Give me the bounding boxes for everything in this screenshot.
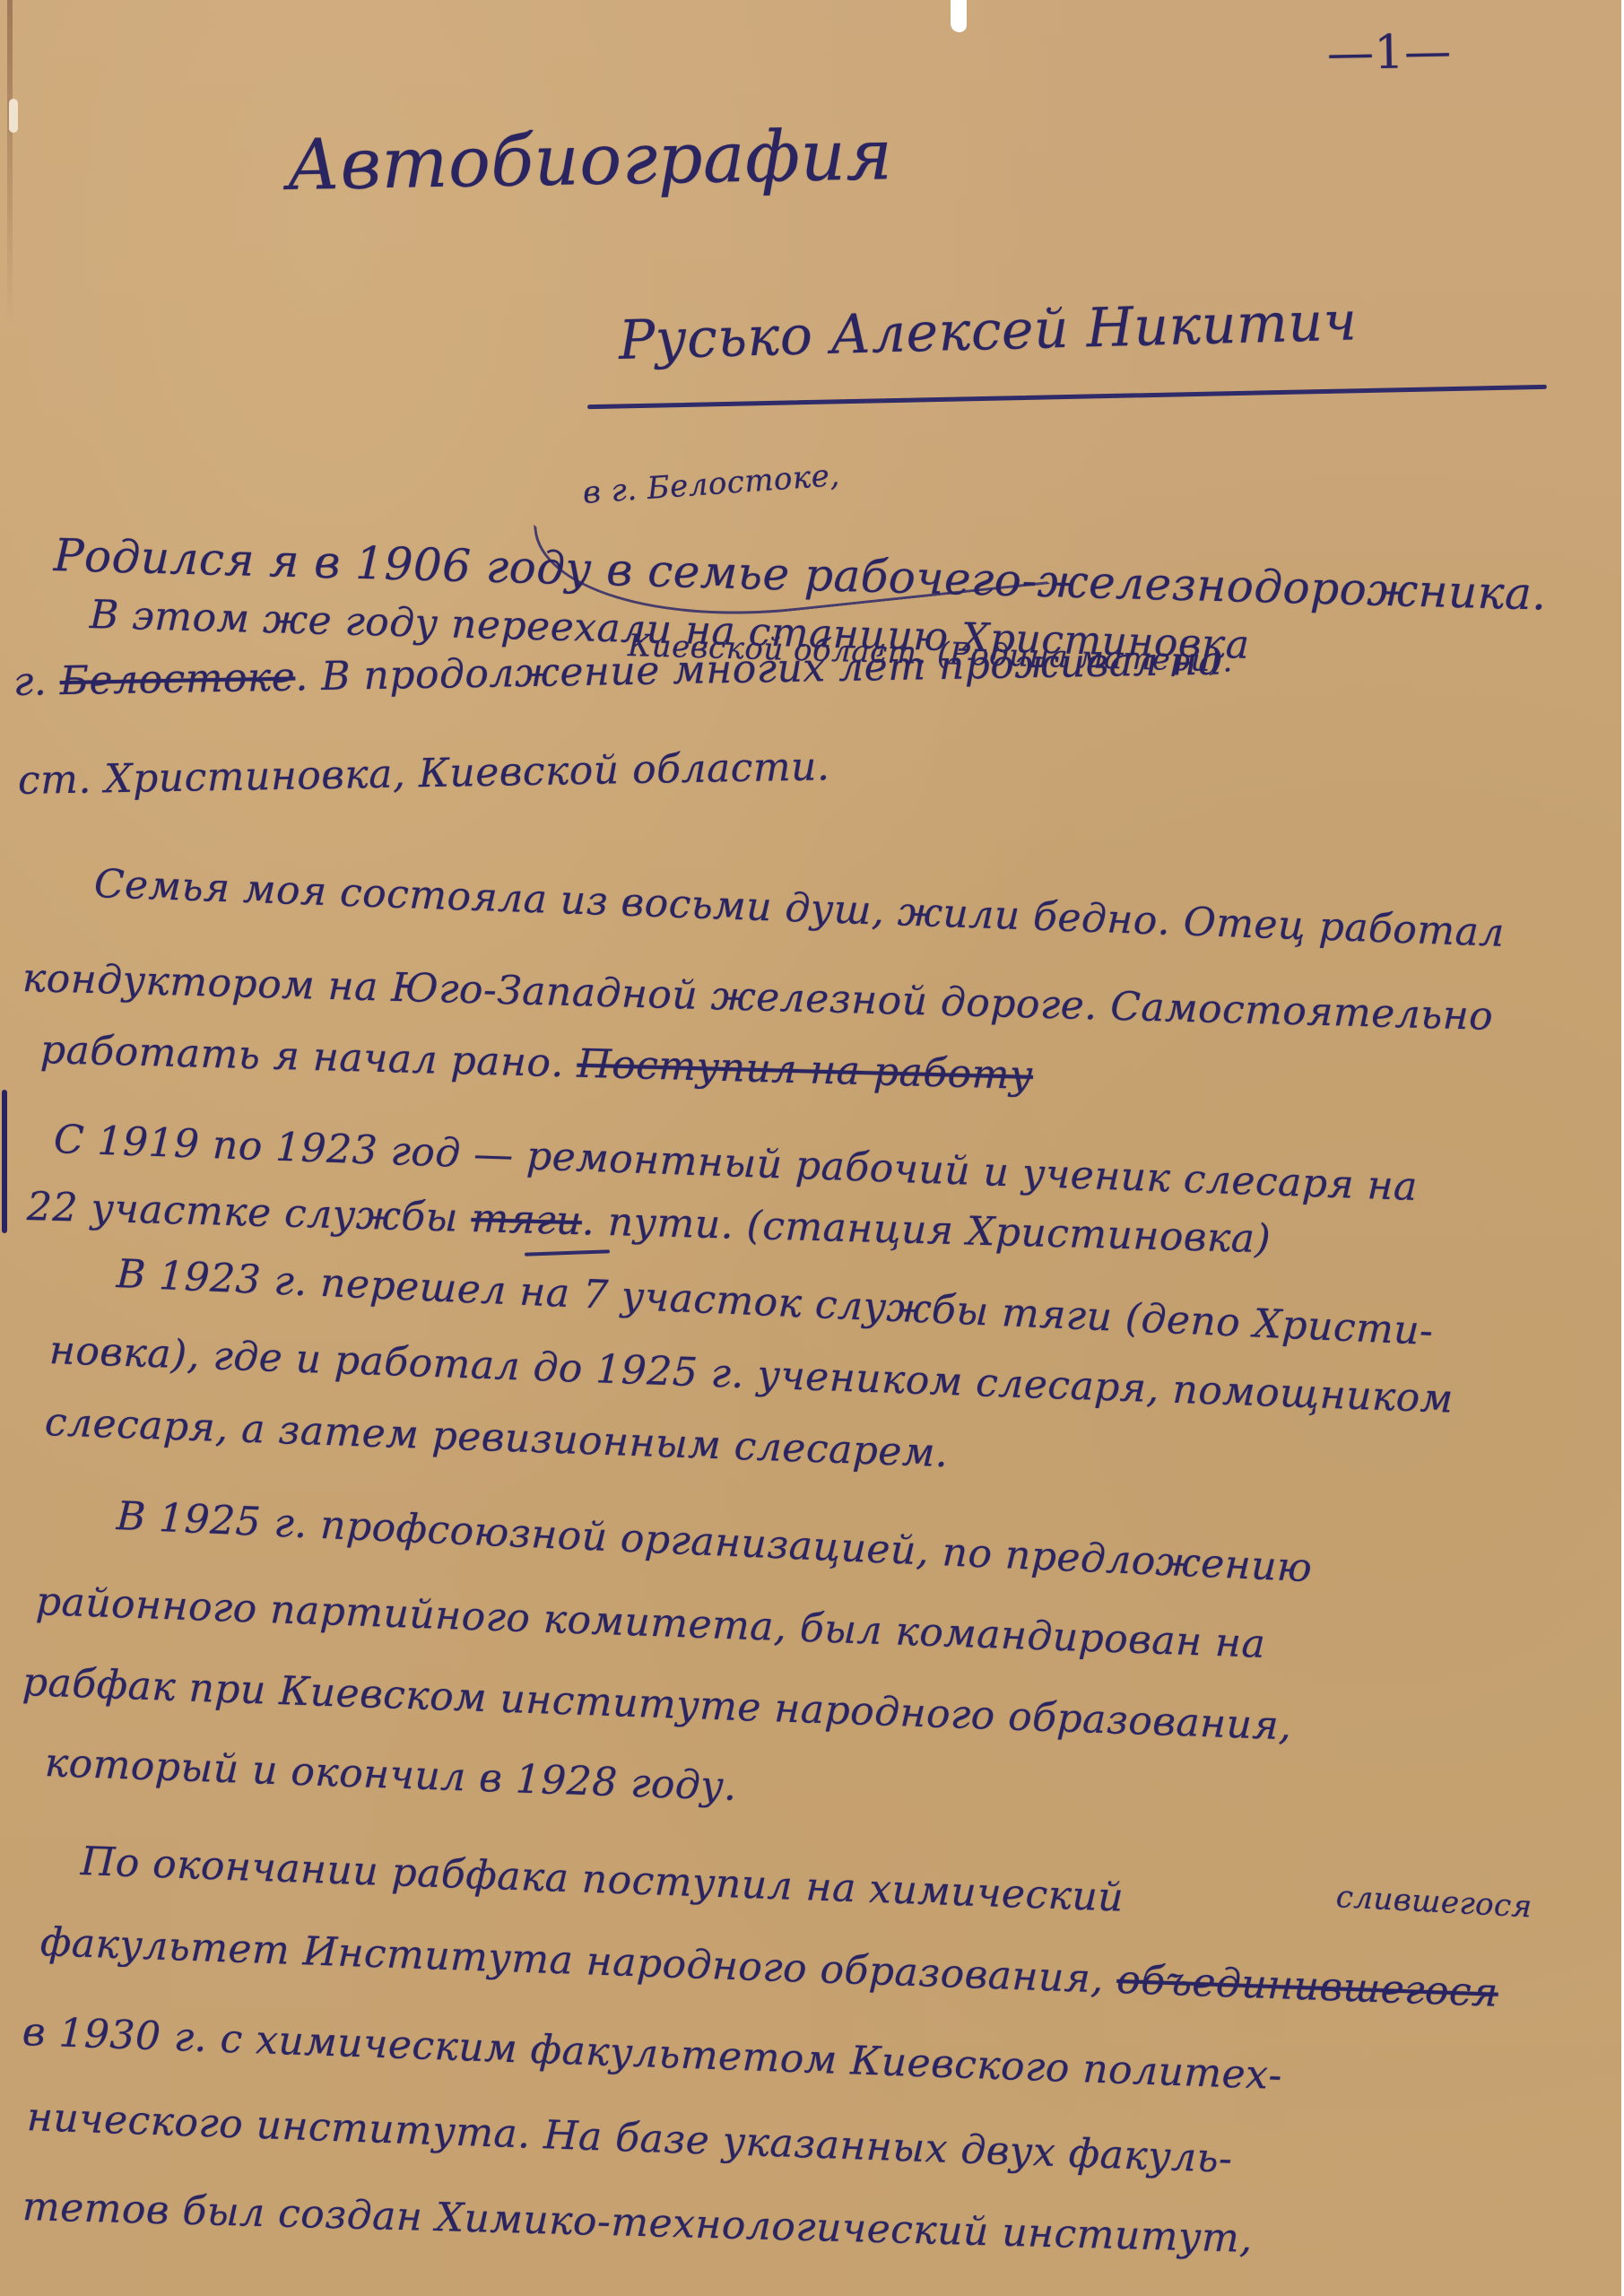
- text-line: По окончании рабфака поступил на химичес…: [80, 1839, 1125, 1921]
- author-name: Русько Алексей Никитич: [618, 290, 1358, 372]
- text-fragment: работать я начал рано.: [39, 1027, 564, 1086]
- text-line: Семья моя состояла из восьми душ, жили б…: [93, 861, 1506, 956]
- margin-prefix: г.: [13, 658, 48, 705]
- paper-tear: [951, 0, 967, 32]
- text-line: который и окончил в 1928 году.: [44, 1740, 738, 1810]
- text-fragment: . пути. (станция Христиновка): [581, 1198, 1272, 1262]
- text-line: слесаря, а затем ревизионным слесарем.: [44, 1399, 949, 1476]
- struck-text: тяги: [471, 1196, 583, 1244]
- text-line: кондуктором на Юго-Западной железной дор…: [22, 955, 1494, 1039]
- text-line: работать я начал рано. Поступил на работ…: [39, 1027, 1033, 1099]
- text-line: районного партийного комитета, был коман…: [35, 1578, 1266, 1667]
- page-number: —1—: [1326, 25, 1452, 81]
- page-edge-stain: [7, 0, 13, 323]
- text-fragment: . В продолжение многих лет проживал на: [295, 638, 1222, 700]
- text-line: в 1930 г. с химическим факультетом Киевс…: [22, 2009, 1283, 2099]
- text-line: факультет Института народного образовани…: [39, 1919, 1499, 2016]
- struck-text: объединившегося: [1116, 1957, 1499, 2016]
- text-line: ст. Христиновка, Киевской области.: [18, 744, 830, 804]
- punch-hole: [9, 99, 18, 133]
- document-page: —1— Автобиография Русько Алексей Никитич…: [0, 0, 1621, 2296]
- text-line: тетов был создан Химико-технологический …: [22, 2184, 1253, 2262]
- text-line: рабфак при Киевском институте народного …: [22, 1659, 1292, 1749]
- insertion-word: слившегося: [1335, 1879, 1533, 1925]
- struck-text: Белостоке: [59, 655, 295, 705]
- text-line: В 1925 г. профсоюзной организацией, по п…: [116, 1493, 1313, 1591]
- text-fragment: факультет Института народного образовани…: [39, 1919, 1105, 2002]
- text-fragment: 22 участке службы: [26, 1184, 458, 1241]
- author-underline: [587, 385, 1547, 409]
- document-title: Автобиография: [286, 115, 893, 206]
- margin-mark: [2, 1090, 7, 1233]
- text-line: нического института. На базе указанных д…: [26, 2094, 1233, 2182]
- text-line: г. Белостоке. В продолжение многих лет п…: [13, 638, 1223, 705]
- underline-mark: [525, 1249, 610, 1256]
- struck-text: Поступил на работу: [577, 1041, 1034, 1099]
